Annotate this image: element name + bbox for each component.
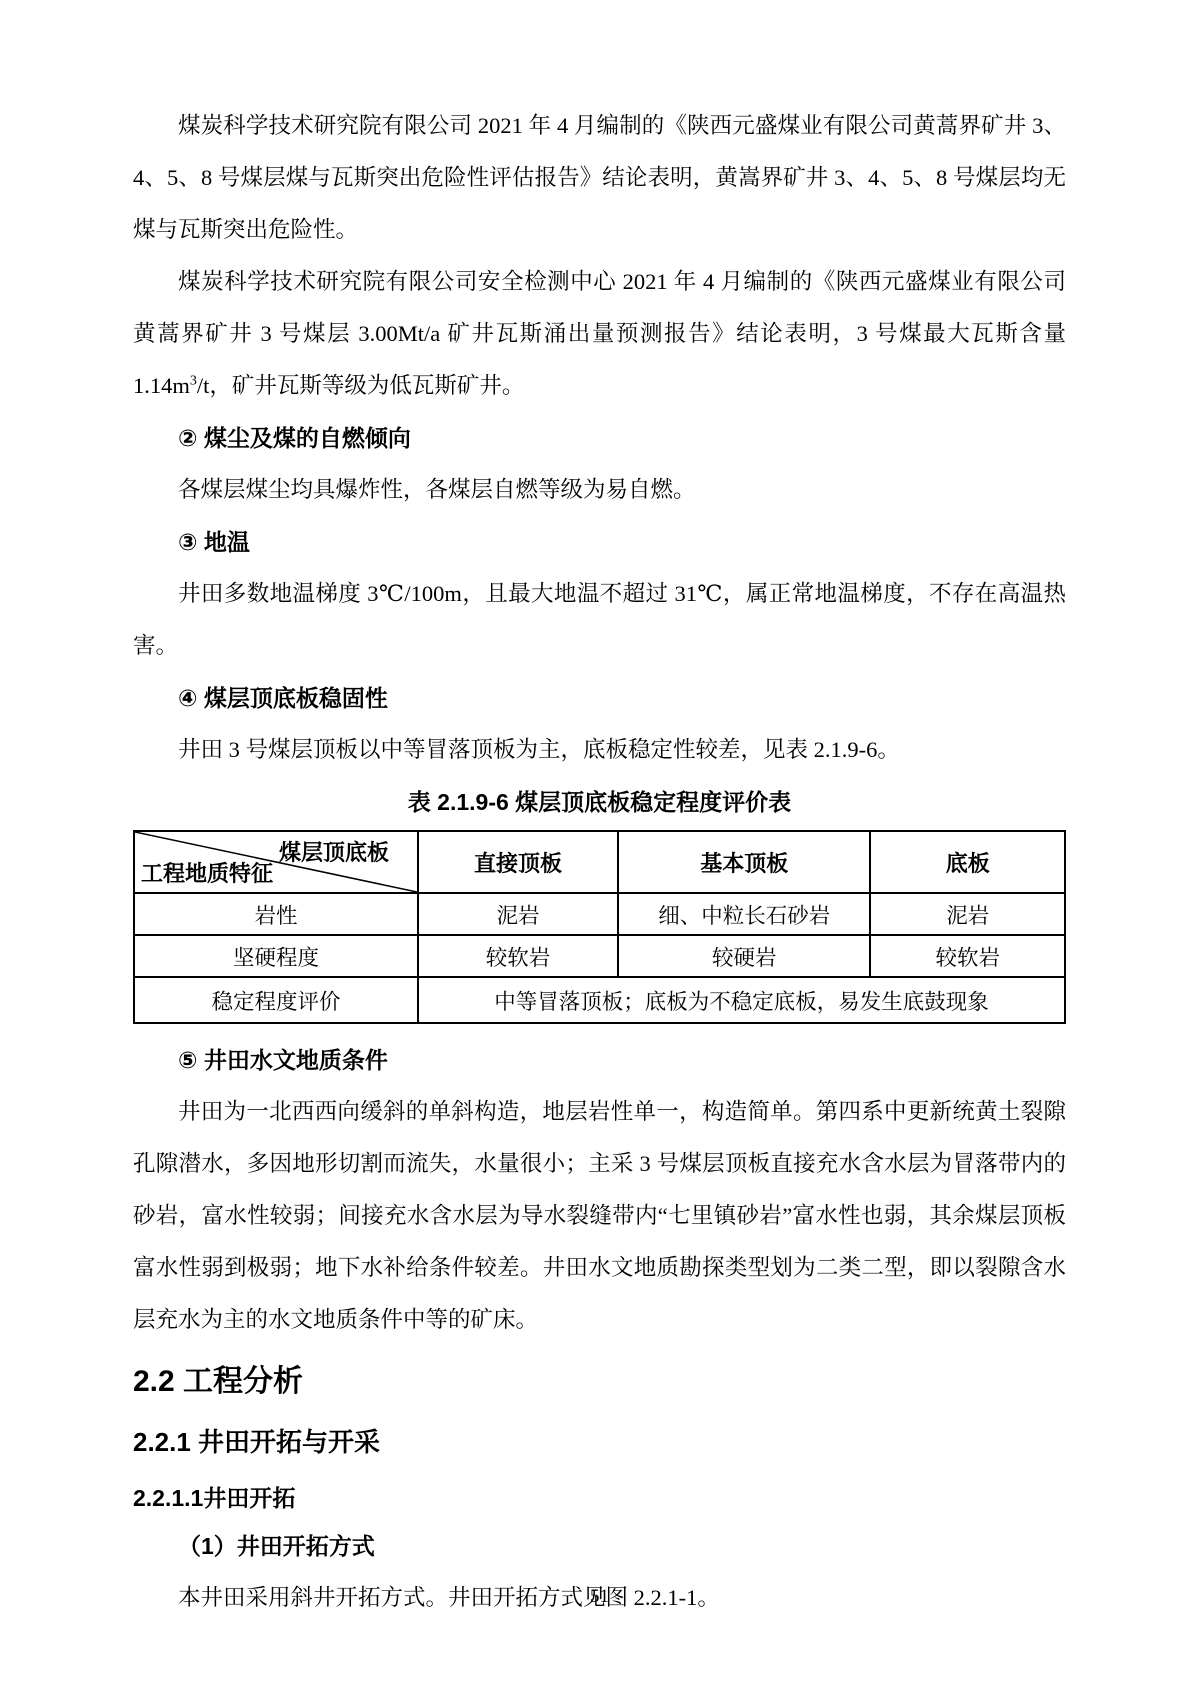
heading-section-2-2-1-1: 2.2.1.1井田开拓 [133, 1482, 1066, 1514]
table-row-hardness: 坚硬程度 较软岩 较硬岩 较软岩 [134, 935, 1065, 977]
cell-hardness-floor: 较软岩 [870, 935, 1065, 977]
cell-hardness-basic: 较硬岩 [618, 935, 870, 977]
document-page: 煤炭科学技术研究院有限公司 2021 年 4 月编制的《陕西元盛煤业有限公司黄蒿… [0, 0, 1199, 1696]
page-content: 煤炭科学技术研究院有限公司 2021 年 4 月编制的《陕西元盛煤业有限公司黄蒿… [133, 100, 1066, 1624]
heading-section-2-2-1: 2.2.1 井田开拓与开采 [133, 1424, 1066, 1460]
heading-item-development-method: （1）井田开拓方式 [133, 1528, 1066, 1564]
heading-geothermal: ③ 地温 [133, 516, 1066, 568]
cell-lithology-basic: 细、中粒长石砂岩 [618, 893, 870, 935]
table-caption: 表 2.1.9-6 煤层顶底板稳定程度评价表 [133, 776, 1066, 828]
corner-label-top: 煤层顶底板 [279, 836, 389, 867]
heading-hydrogeology: ⑤ 井田水文地质条件 [133, 1034, 1066, 1086]
table-corner-cell: 煤层顶底板 工程地质特征 [134, 831, 418, 893]
corner-label-bottom: 工程地质特征 [141, 857, 273, 888]
cell-hardness-direct: 较软岩 [418, 935, 618, 977]
row-label-lithology: 岩性 [134, 893, 418, 935]
paragraph-coal-dust: 各煤层煤尘均具爆炸性，各煤层自燃等级为易自燃。 [133, 464, 1066, 516]
roof-floor-evaluation-table: 煤层顶底板 工程地质特征 直接顶板 基本顶板 底板 岩性 泥岩 细、中粒长石砂岩… [133, 830, 1066, 1024]
cell-stability-evaluation: 中等冒落顶板；底板为不稳定底板，易发生底鼓现象 [418, 977, 1065, 1023]
heading-section-2-2: 2.2 工程分析 [133, 1362, 1066, 1402]
column-header-floor: 底板 [870, 831, 1065, 893]
row-label-hardness: 坚硬程度 [134, 935, 418, 977]
heading-coal-dust: ② 煤尘及煤的自燃倾向 [133, 412, 1066, 464]
row-label-stability: 稳定程度评价 [134, 977, 418, 1023]
table-header-row: 煤层顶底板 工程地质特征 直接顶板 基本顶板 底板 [134, 831, 1065, 893]
heading-roof-floor: ④ 煤层顶底板稳固性 [133, 672, 1066, 724]
page-number: 51 [0, 1586, 1199, 1608]
column-header-direct-roof: 直接顶板 [418, 831, 618, 893]
table-row-stability: 稳定程度评价 中等冒落顶板；底板为不稳定底板，易发生底鼓现象 [134, 977, 1065, 1023]
paragraph-geothermal: 井田多数地温梯度 3℃/100m，且最大地温不超过 31℃，属正常地温梯度，不存… [133, 568, 1066, 672]
paragraph-roof-floor: 井田 3 号煤层顶板以中等冒落顶板为主，底板稳定性较差，见表 2.1.9-6。 [133, 724, 1066, 776]
cell-lithology-floor: 泥岩 [870, 893, 1065, 935]
cell-lithology-direct: 泥岩 [418, 893, 618, 935]
paragraph-gas-prediction: 煤炭科学技术研究院有限公司安全检测中心 2021 年 4 月编制的《陕西元盛煤业… [133, 256, 1066, 412]
superscript-cubed: 3 [190, 374, 197, 389]
gas-prediction-text-tail: /t，矿井瓦斯等级为低瓦斯矿井。 [197, 373, 525, 398]
paragraph-hydrogeology: 井田为一北西西向缓斜的单斜构造，地层岩性单一，构造简单。第四系中更新统黄土裂隙孔… [133, 1086, 1066, 1346]
table-row-lithology: 岩性 泥岩 细、中粒长石砂岩 泥岩 [134, 893, 1065, 935]
column-header-basic-roof: 基本顶板 [618, 831, 870, 893]
paragraph-gas-assessment: 煤炭科学技术研究院有限公司 2021 年 4 月编制的《陕西元盛煤业有限公司黄蒿… [133, 100, 1066, 256]
